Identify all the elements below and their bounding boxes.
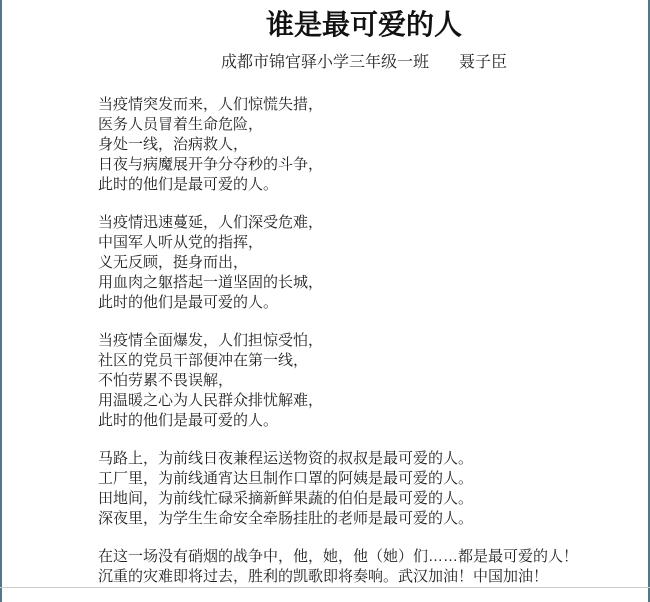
poem-line: 此时的他们是最可爱的人。 (98, 175, 630, 195)
poem-stanza: 当疫情突发而来，人们惊慌失措，医务人员冒着生命危险，身处一线，治病救人，日夜与病… (98, 95, 630, 195)
byline: 成都市锦官驿小学三年级一班 聂子臣 (98, 52, 630, 73)
poem-stanza: 当疫情迅速蔓延，人们深受危难，中国军人听从党的指挥，义无反顾，挺身而出，用血肉之… (98, 213, 630, 313)
poem-line: 深夜里，为学生生命安全牵肠挂肚的老师是最可爱的人。 (98, 509, 630, 529)
page-title: 谁是最可爱的人 (98, 8, 630, 42)
poem-stanza: 马路上，为前线日夜兼程运送物资的叔叔是最可爱的人。工厂里，为前线通宵达旦制作口罩… (98, 449, 630, 529)
bottom-divider (0, 587, 650, 588)
poem-line: 此时的他们是最可爱的人。 (98, 293, 630, 313)
poem-stanza: 当疫情全面爆发，人们担惊受怕，社区的党员干部便冲在第一线，不怕劳累不畏误解，用温… (98, 331, 630, 431)
poem-line: 用血肉之躯搭起一道坚固的长城， (98, 273, 630, 293)
poem-line: 此时的他们是最可爱的人。 (98, 411, 630, 431)
poem-line: 当疫情迅速蔓延，人们深受危难， (98, 213, 630, 233)
poem-line: 在这一场没有硝烟的战争中，他，她，他（她）们……都是最可爱的人！ (98, 547, 630, 567)
byline-school-class: 成都市锦官驿小学三年级一班 (221, 52, 429, 73)
poem-line: 义无反顾，挺身而出， (98, 253, 630, 273)
poem-line: 当疫情突发而来，人们惊慌失措， (98, 95, 630, 115)
poem-line: 不怕劳累不畏误解， (98, 371, 630, 391)
poem-line: 马路上，为前线日夜兼程运送物资的叔叔是最可爱的人。 (98, 449, 630, 469)
poem-stanza: 在这一场没有硝烟的战争中，他，她，他（她）们……都是最可爱的人！沉重的灾难即将过… (98, 547, 630, 587)
poem-line: 身处一线，治病救人， (98, 135, 630, 155)
poem-line: 医务人员冒着生命危险， (98, 115, 630, 135)
poem-line: 田地间，为前线忙碌采摘新鲜果蔬的伯伯是最可爱的人。 (98, 489, 630, 509)
poem-line: 社区的党员干部便冲在第一线， (98, 351, 630, 371)
left-border (0, 0, 2, 602)
poem-line: 日夜与病魔展开争分夺秒的斗争， (98, 155, 630, 175)
poem-line: 沉重的灾难即将过去，胜利的凯歌即将奏响。武汉加油！中国加油！ (98, 567, 630, 587)
poem-line: 当疫情全面爆发，人们担惊受怕， (98, 331, 630, 351)
document-page: 谁是最可爱的人 成都市锦官驿小学三年级一班 聂子臣 当疫情突发而来，人们惊慌失措… (0, 0, 650, 602)
poem-content: 谁是最可爱的人 成都市锦官驿小学三年级一班 聂子臣 当疫情突发而来，人们惊慌失措… (0, 0, 650, 587)
poem-line: 用温暖之心为人民群众排忧解难， (98, 391, 630, 411)
poem-body: 当疫情突发而来，人们惊慌失措，医务人员冒着生命危险，身处一线，治病救人，日夜与病… (98, 95, 630, 587)
poem-line: 工厂里，为前线通宵达旦制作口罩的阿姨是最可爱的人。 (98, 469, 630, 489)
poem-line: 中国军人听从党的指挥， (98, 233, 630, 253)
byline-author: 聂子臣 (459, 52, 507, 73)
